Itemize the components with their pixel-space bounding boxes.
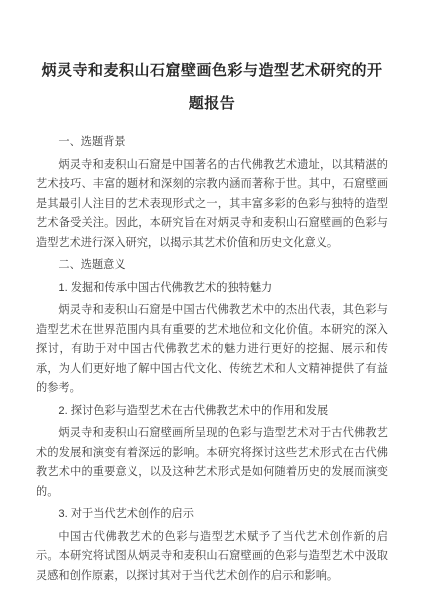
subsection-heading-2: 2. 探讨色彩与造型艺术在古代佛教艺术中的作用和发展 — [36, 402, 388, 422]
document-page: 炳灵寺和麦积山石窟壁画色彩与造型艺术研究的开 题报告 一、选题背景 炳灵寺和麦积… — [0, 0, 424, 600]
document-title: 炳灵寺和麦积山石窟壁画色彩与造型艺术研究的开 题报告 — [36, 54, 388, 120]
paragraph-subsection-2: 炳灵寺和麦积山石窟壁画所呈现的色彩与造型艺术对于古代佛教艺术的发展和演变有着深远… — [36, 424, 388, 502]
paragraph-subsection-3: 中国古代佛教艺术的色彩与造型艺术赋予了当代艺术创作新的启示。本研究将试图从炳灵寺… — [36, 528, 388, 587]
subsection-heading-3: 3. 对于当代艺术创作的启示 — [36, 505, 388, 525]
paragraph-topic-background: 炳灵寺和麦积山石窟是中国著名的古代佛教艺术遗址，以其精湛的艺术技巧、丰富的题材和… — [36, 156, 388, 254]
subsection-heading-1: 1. 发掘和传承中国古代佛教艺术的独特魅力 — [36, 279, 388, 299]
section-heading-topic-significance: 二、选题意义 — [36, 256, 388, 276]
document-title-line-2: 题报告 — [36, 87, 388, 120]
document-title-line-1: 炳灵寺和麦积山石窟壁画色彩与造型艺术研究的开 — [36, 54, 388, 87]
paragraph-subsection-1: 炳灵寺和麦积山石窟是中国古代佛教艺术中的杰出代表，其色彩与造型艺术在世界范围内具… — [36, 301, 388, 399]
section-heading-topic-background: 一、选题背景 — [36, 133, 388, 153]
